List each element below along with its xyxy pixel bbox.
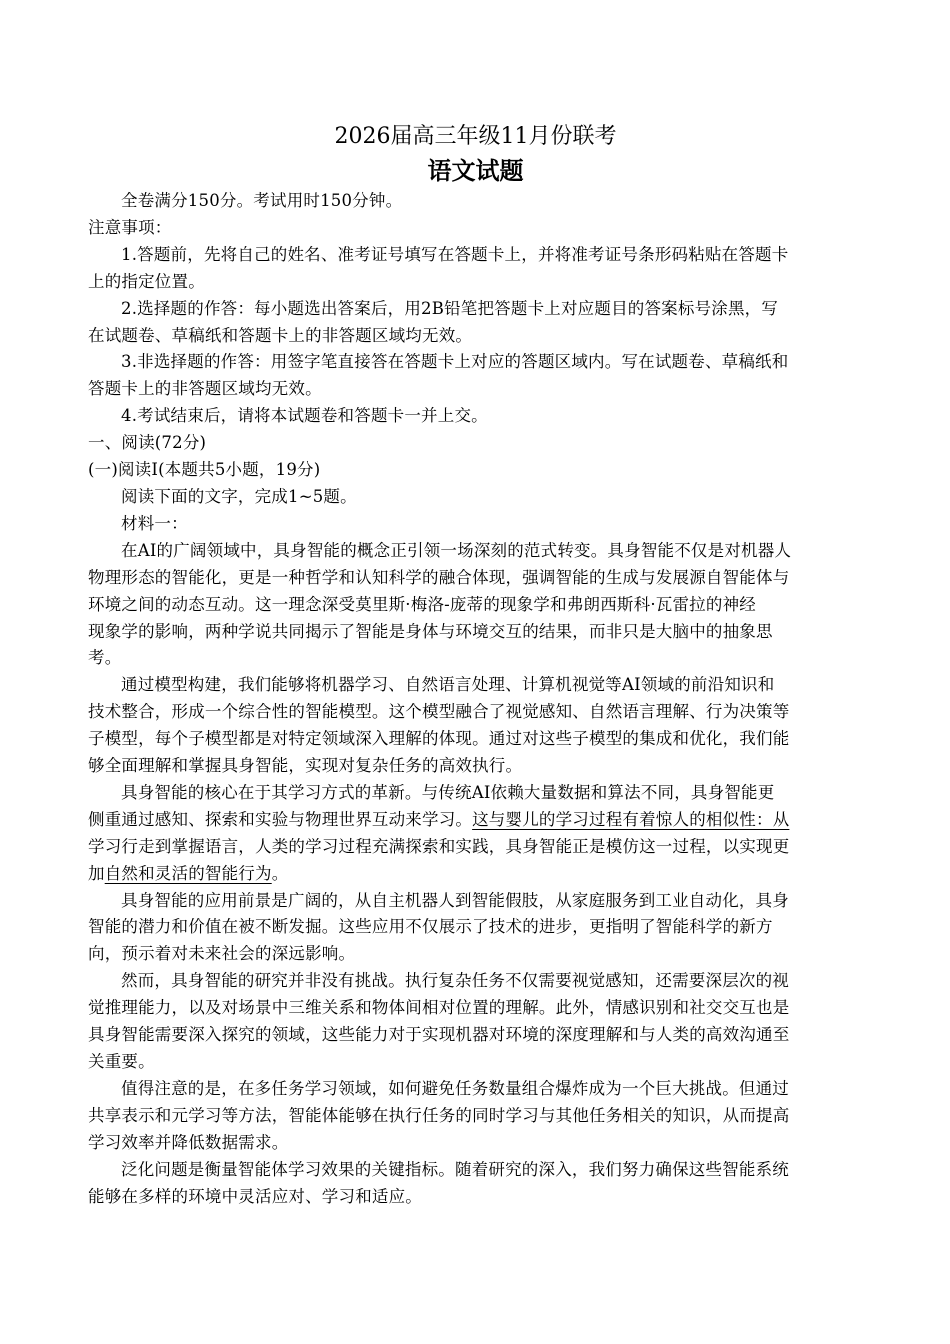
text-line: 具身智能需要深入探究的领域，这些能力对于实现机器对环境的深度理解和与人类的高效沟… <box>88 1022 863 1049</box>
text-line: 考。 <box>88 645 863 672</box>
note-item: 2.选择题的作答：每小题选出答案后，用2B铅笔把答题卡上对应题目的答案标号涂黑，… <box>88 296 863 350</box>
notes-heading: 注意事项： <box>88 215 863 242</box>
text-line: 具身智能的应用前景是广阔的，从自主机器人到智能假肢，从家庭服务到工业自动化，具身 <box>88 888 863 915</box>
text-span: 。 <box>272 864 289 883</box>
note-item: 3.非选择题的作答：用签字笔直接答在答题卡上对应的答题区域内。写在试题卷、草稿纸… <box>88 349 863 403</box>
text-line: 然而，具身智能的研究并非没有挑战。执行复杂任务不仅需要视觉感知，还需要深层次的视 <box>88 968 863 995</box>
note-line: 2.选择题的作答：每小题选出答案后，用2B铅笔把答题卡上对应题目的答案标号涂黑，… <box>88 296 863 323</box>
text-line: 值得注意的是，在多任务学习领域，如何避免任务数量组合爆炸成为一个巨大挑战。但通过 <box>88 1076 863 1103</box>
text-span: 加 <box>88 864 105 883</box>
text-line: 侧重通过感知、探索和实验与物理世界互动来学习。这与婴儿的学习过程有着惊人的相似性… <box>88 807 863 834</box>
text-line: 学习行走到掌握语言，人类的学习过程充满探索和实践，具身智能正是模仿这一过程，以实… <box>88 834 863 861</box>
material-label: 材料一： <box>88 511 863 538</box>
note-line: 3.非选择题的作答：用签字笔直接答在答题卡上对应的答题区域内。写在试题卷、草稿纸… <box>88 349 863 376</box>
section-heading: 一、阅读(72分) <box>88 430 863 457</box>
paragraph-5: 然而，具身智能的研究并非没有挑战。执行复杂任务不仅需要视觉感知，还需要深层次的视… <box>88 968 863 1076</box>
subject-title: 语文试题 <box>88 154 863 188</box>
sub-section-heading: (一)阅读Ⅰ(本题共5小题，19分) <box>88 457 863 484</box>
paragraph-2: 通过模型构建，我们能够将机器学习、自然语言处理、计算机视觉等AI领域的前沿知识和… <box>88 672 863 780</box>
text-line: 在AI的广阔领域中，具身智能的概念正引领一场深刻的范式转变。具身智能不仅是对机器… <box>88 538 863 565</box>
underlined-phrase: 自然和灵活的智能行为 <box>105 864 272 883</box>
text-line: 子模型，每个子模型都是对特定领域深入理解的体现。通过对这些子模型的集成和优化，我… <box>88 726 863 753</box>
exam-page: 2026届高三年级11月份联考 语文试题 全卷满分150分。考试用时150分钟。… <box>88 120 863 1210</box>
text-line: 向，预示着对未来社会的深远影响。 <box>88 941 863 968</box>
text-line: 具身智能的核心在于其学习方式的革新。与传统AI依赖大量数据和算法不同，具身智能更 <box>88 780 863 807</box>
paragraph-4: 具身智能的应用前景是广阔的，从自主机器人到智能假肢，从家庭服务到工业自动化，具身… <box>88 888 863 969</box>
text-line: 够全面理解和掌握具身智能，实现对复杂任务的高效执行。 <box>88 753 863 780</box>
exam-title: 2026届高三年级11月份联考 <box>88 120 863 154</box>
text-line: 通过模型构建，我们能够将机器学习、自然语言处理、计算机视觉等AI领域的前沿知识和 <box>88 672 863 699</box>
paragraph-1: 在AI的广阔领域中，具身智能的概念正引领一场深刻的范式转变。具身智能不仅是对机器… <box>88 538 863 673</box>
text-line: 共享表示和元学习等方法，智能体能够在执行任务的同时学习与其他任务相关的知识，从而… <box>88 1103 863 1130</box>
text-line: 技术整合，形成一个综合性的智能模型。这个模型融合了视觉感知、自然语言理解、行为决… <box>88 699 863 726</box>
note-line: 在试题卷、草稿纸和答题卡上的非答题区域均无效。 <box>88 323 863 350</box>
note-item: 4.考试结束后，请将本试题卷和答题卡一并上交。 <box>88 403 863 430</box>
paragraph-6: 值得注意的是，在多任务学习领域，如何避免任务数量组合爆炸成为一个巨大挑战。但通过… <box>88 1076 863 1157</box>
note-item: 1.答题前，先将自己的姓名、准考证号填写在答题卡上，并将准考证号条形码粘贴在答题… <box>88 242 863 296</box>
note-line: 上的指定位置。 <box>88 269 863 296</box>
underlined-sentence: 这与婴儿的学习过程有着惊人的相似性：从 <box>472 810 789 829</box>
text-line: 环境之间的动态互动。这一理念深受莫里斯·梅洛-庞蒂的现象学和弗朗西斯科·瓦雷拉的… <box>88 592 863 619</box>
paragraph-7: 泛化问题是衡量智能体学习效果的关键指标。随着研究的深入，我们努力确保这些智能系统… <box>88 1157 863 1211</box>
reading-instruction: 阅读下面的文字，完成1~5题。 <box>88 484 863 511</box>
text-line: 学习效率并降低数据需求。 <box>88 1130 863 1157</box>
text-line: 现象学的影响，两种学说共同揭示了智能是身体与环境交互的结果，而非只是大脑中的抽象… <box>88 619 863 646</box>
paragraph-3: 具身智能的核心在于其学习方式的革新。与传统AI依赖大量数据和算法不同，具身智能更… <box>88 780 863 888</box>
text-line: 觉推理能力，以及对场景中三维关系和物体间相对位置的理解。此外，情感识别和社交交互… <box>88 995 863 1022</box>
text-line: 关重要。 <box>88 1049 863 1076</box>
score-info: 全卷满分150分。考试用时150分钟。 <box>88 188 863 215</box>
text-line: 物理形态的智能化，更是一种哲学和认知科学的融合体现，强调智能的生成与发展源自智能… <box>88 565 863 592</box>
note-line: 4.考试结束后，请将本试题卷和答题卡一并上交。 <box>88 403 863 430</box>
note-line: 1.答题前，先将自己的姓名、准考证号填写在答题卡上，并将准考证号条形码粘贴在答题… <box>88 242 863 269</box>
text-line: 能够在多样的环境中灵活应对、学习和适应。 <box>88 1184 863 1211</box>
text-span: 侧重通过感知、探索和实验与物理世界互动来学习。 <box>88 810 472 829</box>
text-line: 加自然和灵活的智能行为。 <box>88 861 863 888</box>
text-line: 泛化问题是衡量智能体学习效果的关键指标。随着研究的深入，我们努力确保这些智能系统 <box>88 1157 863 1184</box>
note-line: 答题卡上的非答题区域均无效。 <box>88 376 863 403</box>
text-line: 智能的潜力和价值在被不断发掘。这些应用不仅展示了技术的进步，更指明了智能科学的新… <box>88 914 863 941</box>
